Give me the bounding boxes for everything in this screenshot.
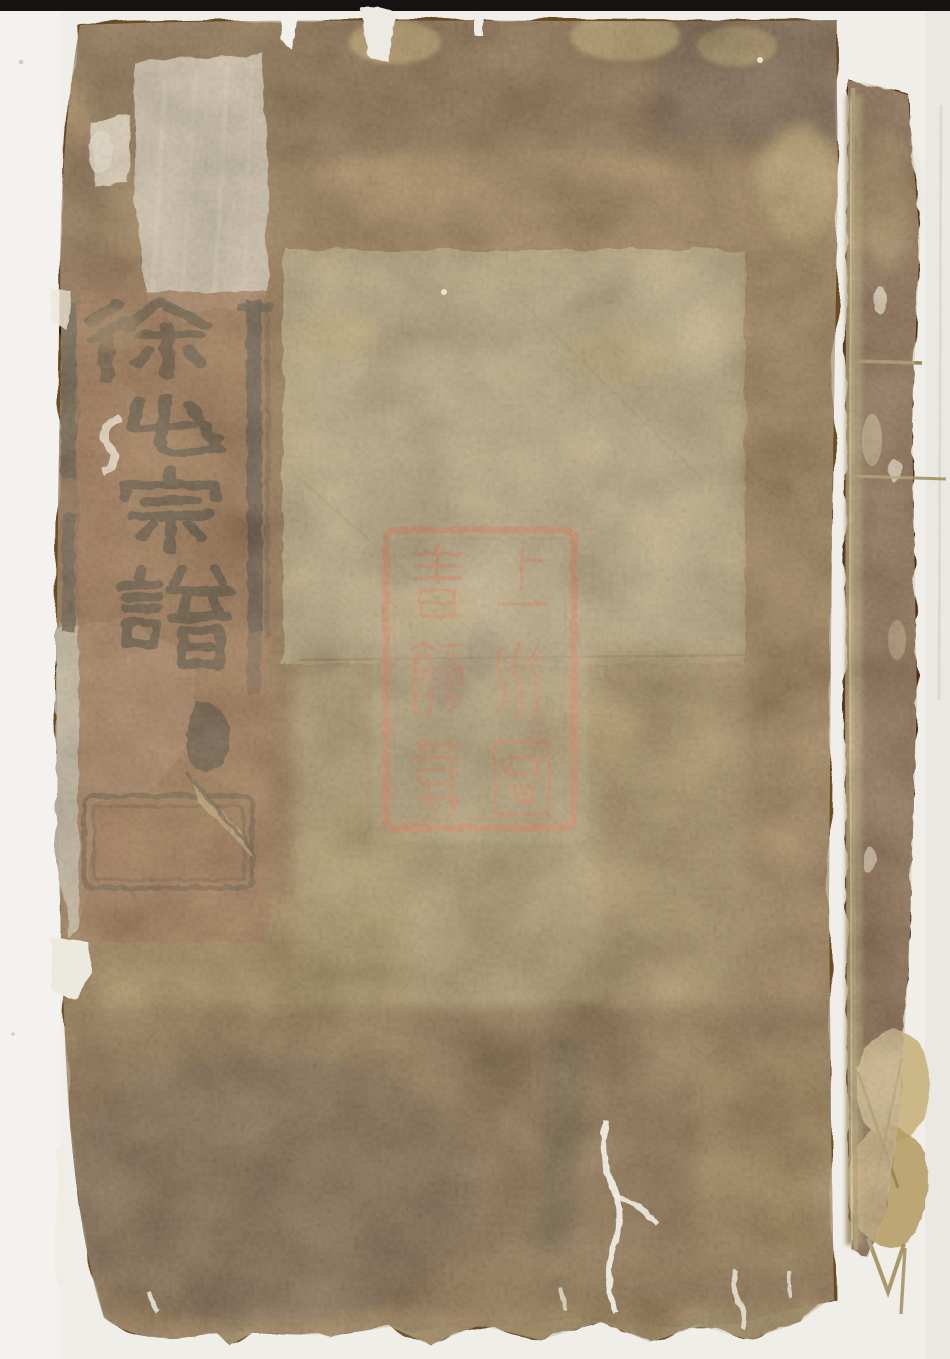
top-edge-tear — [474, 14, 484, 36]
dust-speck — [19, 60, 24, 65]
fine-grain-layer — [40, 10, 940, 1355]
dust-speck — [11, 1032, 15, 1036]
aging-texture — [40, 10, 940, 1355]
left-margin — [0, 0, 60, 1359]
white-fleck — [68, 972, 80, 984]
scan-image — [0, 0, 950, 1359]
scanner-top-bar — [0, 0, 950, 11]
right-margin — [925, 0, 950, 1359]
book-cover-scan: 徐氏宗譜 上海圖書館藏 — [0, 0, 950, 1359]
white-fleck — [757, 57, 763, 63]
white-fleck — [441, 289, 447, 295]
